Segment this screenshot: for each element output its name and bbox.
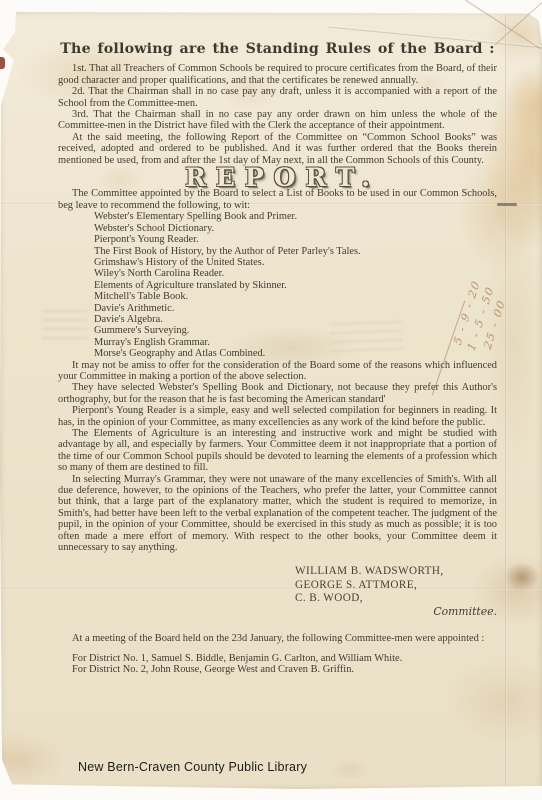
book-list: Webster's Elementary Spelling Book and P… <box>94 211 497 359</box>
signature-role: Committee. <box>58 606 497 617</box>
book-item: Mitchell's Table Book. <box>94 291 497 302</box>
report-heading: REPORT. <box>58 172 497 183</box>
report-intro: The Committee appointed by the Board to … <box>58 188 497 211</box>
appointment-paragraph: At a meeting of the Board held on the 23… <box>58 633 497 644</box>
book-item: Webster's Elementary Spelling Book and P… <box>94 211 497 222</box>
book-item: Elements of Agriculture translated by Sk… <box>94 280 497 291</box>
district-list: For District No. 1, Samuel S. Biddle, Be… <box>58 653 497 676</box>
rule-paragraph-1: 1st. That all Treachers of Common School… <box>58 63 497 86</box>
signature-line: GEORGE S. ATTMORE, <box>295 579 497 593</box>
rule-paragraph-3: 3rd. That the Chairman shall in no case … <box>58 109 497 132</box>
rule-paragraph-2: 2d. That the Chairman shall in no case p… <box>58 86 497 109</box>
discussion-paragraph-1: It may not be amiss to offer for the con… <box>58 360 497 383</box>
discussion-paragraph-4: The Elements of Agriculture is an intere… <box>58 428 497 474</box>
document-title: The following are the Standing Rules of … <box>58 44 497 55</box>
book-item: Davie's Algebra. <box>94 314 497 325</box>
book-item: The First Book of History, by the Author… <box>94 246 497 257</box>
signature-block: WILLIAM B. WADSWORTH, GEORGE S. ATTMORE,… <box>295 565 497 606</box>
book-item: Morse's Geography and Atlas Combined. <box>94 348 497 359</box>
printed-content: The following are the Standing Rules of … <box>58 44 497 676</box>
book-item: Webster's School Dictionary. <box>94 223 497 234</box>
discussion-paragraph-2: They have selected Webster's Spelling Bo… <box>58 382 497 405</box>
book-item: Davie's Arithmetic. <box>94 303 497 314</box>
signature-line: WILLIAM B. WADSWORTH, <box>295 565 497 579</box>
meeting-paragraph: At the said meeting, the following Repor… <box>58 132 497 166</box>
discussion-paragraph-3: Pierpont's Young Reader is a simple, eas… <box>58 405 497 428</box>
discussion-paragraph-5: In selecting Murray's Grammar, they were… <box>58 474 497 554</box>
red-edge-mark <box>0 57 5 69</box>
library-caption: New Bern-Craven County Public Library <box>78 760 307 774</box>
book-item: Gummere's Surveying. <box>94 325 497 336</box>
district-line: For District No. 1, Samuel S. Biddle, Be… <box>72 653 497 664</box>
scanned-document-page: { "doc": { "title": "The following are t… <box>0 0 542 800</box>
book-item: Grimshaw's History of the United States. <box>94 257 497 268</box>
book-item: Pierpont's Young Reader. <box>94 234 497 245</box>
district-line: For District No. 2, John Rouse, George W… <box>72 664 497 675</box>
book-item: Wiley's North Carolina Reader. <box>94 268 497 279</box>
signature-line: C. B. WOOD, <box>295 592 497 606</box>
book-item: Murray's English Grammar. <box>94 337 497 348</box>
